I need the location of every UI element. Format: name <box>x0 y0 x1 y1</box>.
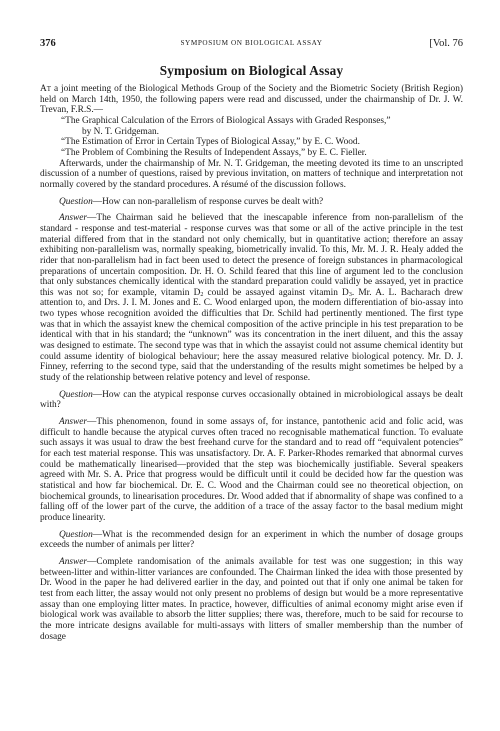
question-text: —How can non-parallelism of response cur… <box>93 197 323 207</box>
answer-text: —This phenomenon, found in some assays o… <box>40 417 463 523</box>
paper-item: “The Estimation of Error in Certain Type… <box>40 137 463 148</box>
article-title: Symposium on Biological Assay <box>40 63 463 79</box>
question-paragraph: Question—What is the recommended design … <box>40 530 463 551</box>
paper-author: by N. T. Gridgeman. <box>61 127 463 138</box>
paper-item: “The Graphical Calculation of the Errors… <box>40 116 463 137</box>
paper-title: “The Graphical Calculation of the Errors… <box>61 116 391 126</box>
answer-paragraph: Answer—Complete randomisation of the ani… <box>40 557 463 642</box>
answer-label: Answer <box>59 213 87 223</box>
running-title: SYMPOSIUM ON BIOLOGICAL ASSAY <box>40 39 463 47</box>
article-body: At a joint meeting of the Biological Met… <box>40 84 463 642</box>
question-label: Question <box>59 390 93 400</box>
question-text: —How can the atypical response curves oc… <box>40 390 463 411</box>
question-paragraph: Question—How can non-parallelism of resp… <box>40 197 463 208</box>
volume-label: [Vol. 76 <box>429 38 463 49</box>
answer-text: could be assayed against vitamin D <box>203 288 348 298</box>
question-label: Question <box>59 197 93 207</box>
intro-lead: At <box>40 84 51 94</box>
question-text: —What is the recommended design for an e… <box>40 530 463 551</box>
intro-text: a joint meeting of the Biological Method… <box>40 84 463 115</box>
answer-paragraph: Answer—The Chairman said he believed tha… <box>40 213 463 384</box>
intro-paragraph: At a joint meeting of the Biological Met… <box>40 84 463 116</box>
question-paragraph: Question—How can the atypical response c… <box>40 390 463 411</box>
answer-text: —The Chairman said he believed that the … <box>40 213 463 298</box>
paper-title: “The Problem of Combining the Results of… <box>61 148 305 158</box>
answer-text: —Complete randomisation of the animals a… <box>40 557 463 642</box>
paper-author: by E. C. Fieller. <box>305 148 367 158</box>
running-head: 376 SYMPOSIUM ON BIOLOGICAL ASSAY [Vol. … <box>40 38 463 52</box>
paper-title: “The Estimation of Error in Certain Type… <box>61 137 300 147</box>
paper-author: by E. C. Wood. <box>300 137 360 147</box>
answer-paragraph: Answer—This phenomenon, found in some as… <box>40 417 463 524</box>
answer-label: Answer <box>59 417 87 427</box>
question-label: Question <box>59 530 93 540</box>
paper-item: “The Problem of Combining the Results of… <box>40 148 463 159</box>
answer-text: . Mr. A. L. Bacharach drew attention to,… <box>40 288 463 383</box>
afterwards-paragraph: Afterwards, under the chairmanship of Mr… <box>40 159 463 191</box>
answer-label: Answer <box>59 557 87 567</box>
